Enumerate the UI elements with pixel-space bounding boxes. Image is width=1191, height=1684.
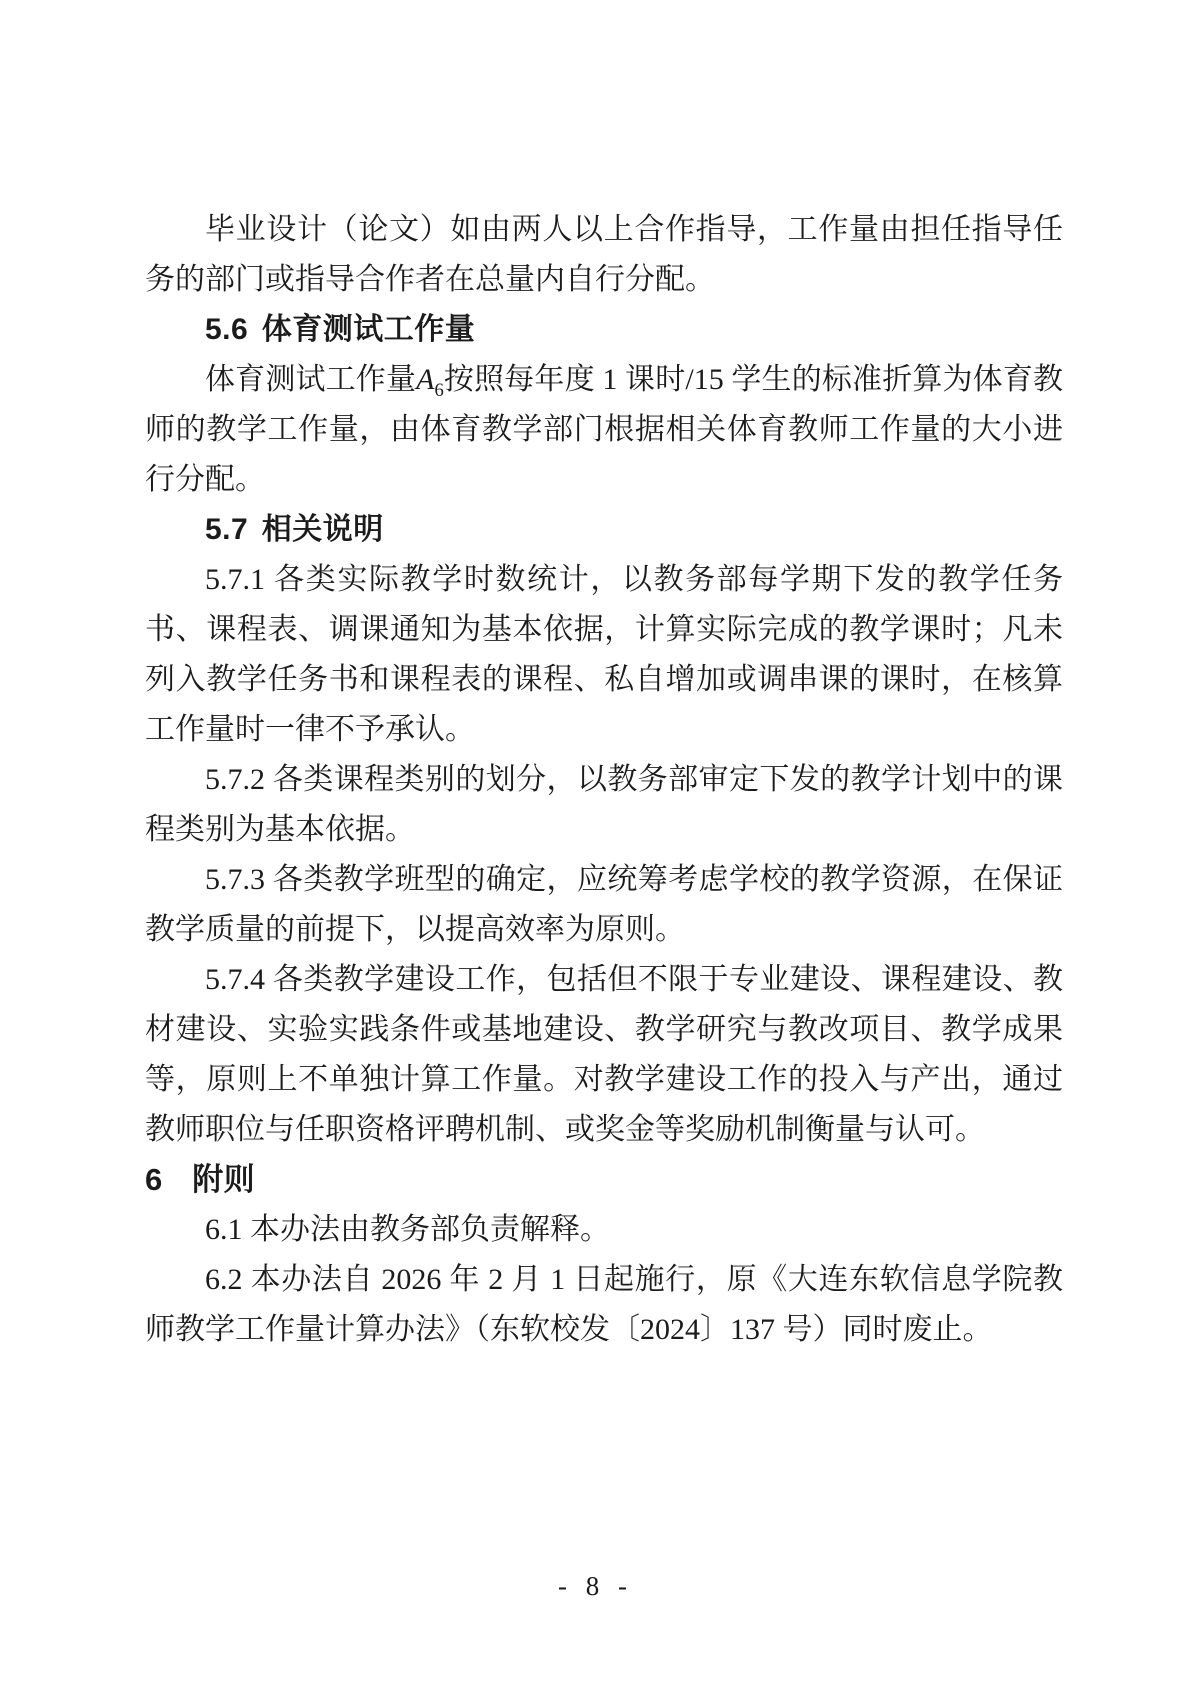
paragraph-6-2: 6.2 本办法自 2026 年 2 月 1 日起施行，原《大连东软信息学院教师教… [145, 1255, 1063, 1355]
paragraph-5-7-3: 5.7.3 各类教学班型的确定，应统筹考虑学校的教学资源，在保证教学质量的前提下… [145, 855, 1063, 955]
paragraph-5-7-4: 5.7.4 各类教学建设工作，包括但不限于专业建设、课程建设、教材建设、实验实践… [145, 955, 1063, 1155]
chapter-number: 6 [145, 1162, 163, 1197]
section-number: 5.7 [205, 513, 248, 546]
paragraph-5-7-2: 5.7.2 各类课程类别的划分，以教务部审定下发的教学计划中的课程类别为基本依据… [145, 755, 1063, 855]
page-number: - 8 - [0, 1570, 1191, 1602]
formula-pre-text: 体育测试工作量 [205, 363, 416, 396]
section-title: 相关说明 [262, 513, 384, 546]
formula-subscript: 6 [434, 380, 443, 401]
document-page: 毕业设计（论文）如由两人以上合作指导，工作量由担任指导任务的部门或指导合作者在总… [0, 0, 1191, 1684]
paragraph-6-1: 6.1 本办法由教务部负责解释。 [145, 1205, 1063, 1255]
chapter-title: 附则 [192, 1162, 255, 1197]
section-heading-5-6: 5.6体育测试工作量 [145, 305, 1063, 355]
paragraph-sports-test-workload: 体育测试工作量A6按照每年度 1 课时/15 学生的标准折算为体育教师的教学工作… [145, 355, 1063, 505]
formula-variable: A [416, 363, 434, 396]
section-title: 体育测试工作量 [262, 313, 476, 346]
section-number: 5.6 [205, 313, 248, 346]
paragraph-graduation-design: 毕业设计（论文）如由两人以上合作指导，工作量由担任指导任务的部门或指导合作者在总… [145, 205, 1063, 305]
chapter-heading-6: 6附则 [145, 1155, 1063, 1205]
paragraph-5-7-1: 5.7.1 各类实际教学时数统计，以教务部每学期下发的教学任务书、课程表、调课通… [145, 555, 1063, 755]
section-heading-5-7: 5.7相关说明 [145, 505, 1063, 555]
document-body: 毕业设计（论文）如由两人以上合作指导，工作量由担任指导任务的部门或指导合作者在总… [145, 205, 1063, 1355]
